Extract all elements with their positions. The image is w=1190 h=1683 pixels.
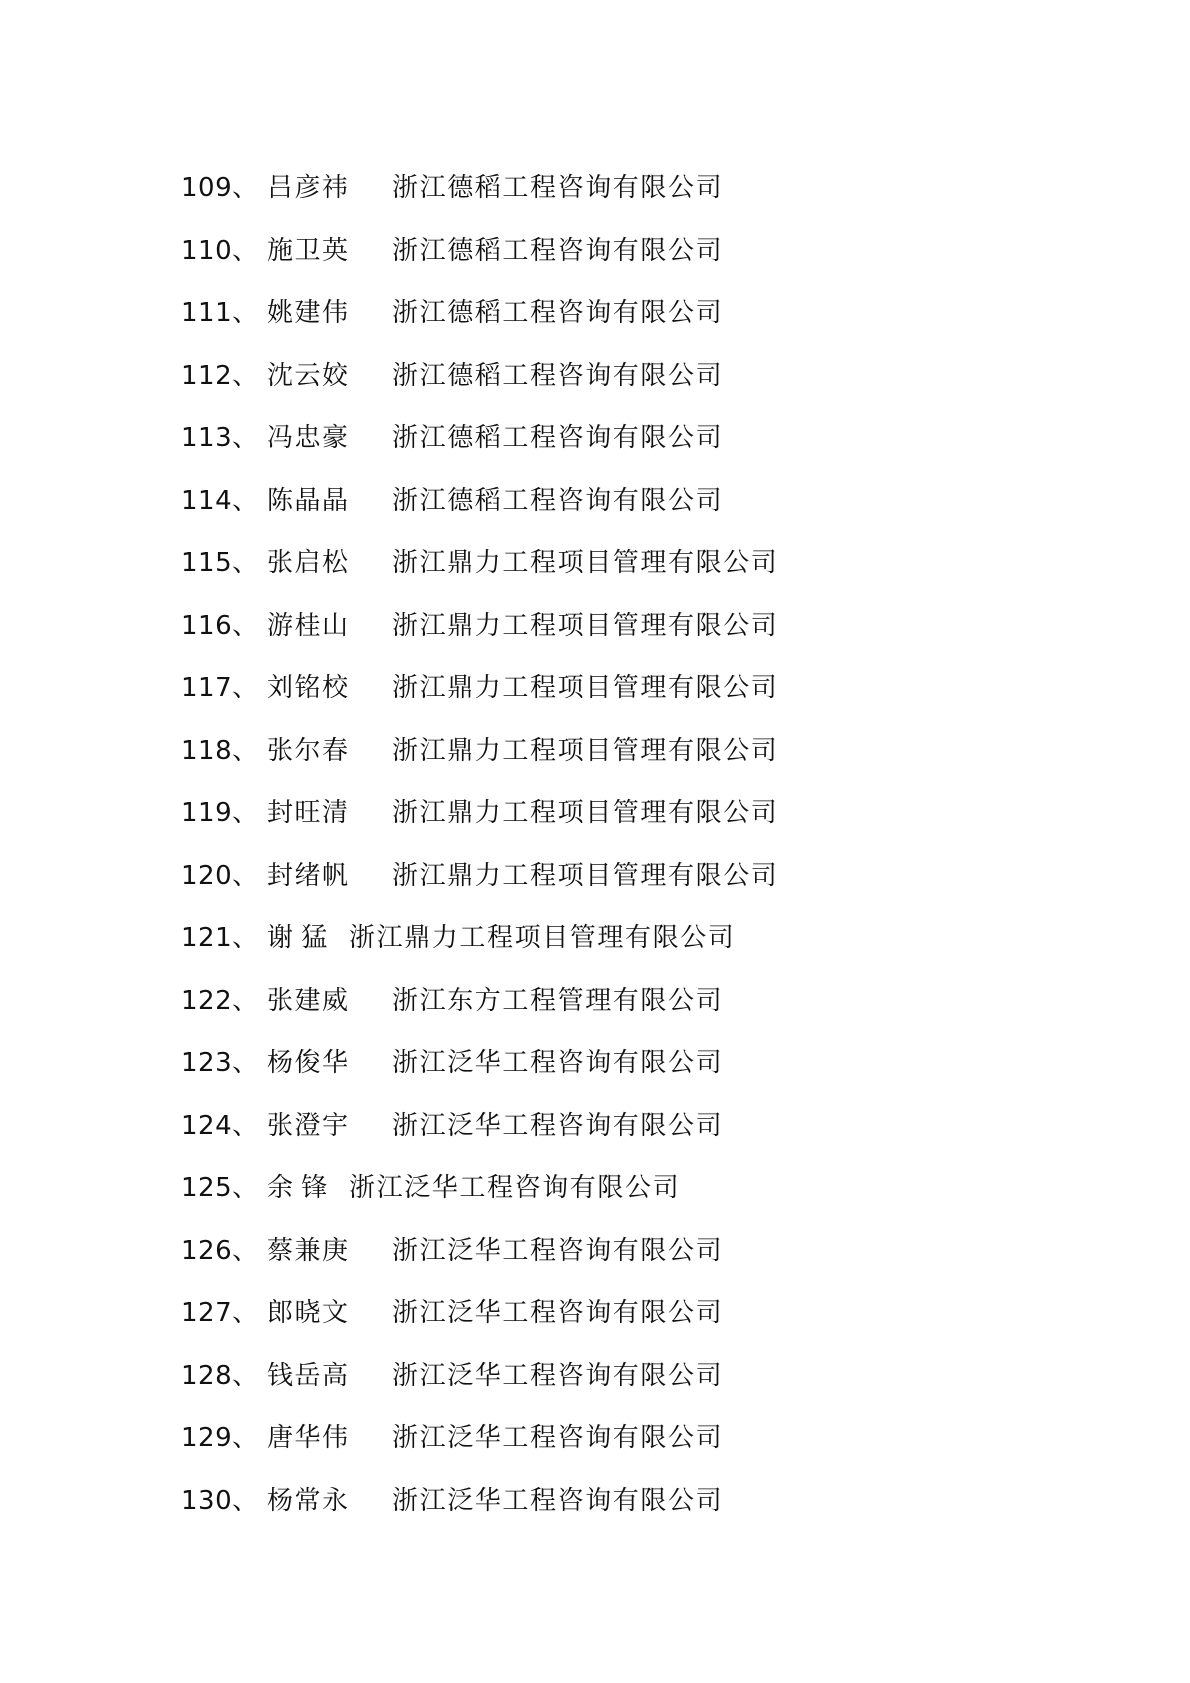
person-name: 封旺清 (267, 782, 350, 845)
list-item: 111、 姚建伟 浙江德稻工程咨询有限公司 (181, 282, 258, 345)
entry-number: 126 (181, 1220, 232, 1283)
entry-number: 123 (181, 1032, 232, 1095)
person-name: 姚建伟 (267, 282, 350, 345)
document-page: 109、 吕彦祎 浙江德稻工程咨询有限公司 110、 施卫英 浙江德稻工程咨询有… (0, 0, 1190, 1683)
list-item: 110、 施卫英 浙江德稻工程咨询有限公司 (181, 220, 258, 283)
person-name: 谢 猛 (267, 907, 327, 970)
entry-number: 127 (181, 1282, 232, 1345)
company-name: 浙江鼎力工程项目管理有限公司 (392, 782, 778, 845)
list-item: 118、 张尔春 浙江鼎力工程项目管理有限公司 (181, 720, 258, 783)
list-item: 113、 冯忠豪 浙江德稻工程咨询有限公司 (181, 407, 258, 470)
person-name: 钱岳高 (267, 1345, 350, 1408)
company-name: 浙江德稻工程咨询有限公司 (392, 470, 723, 533)
company-name: 浙江德稻工程咨询有限公司 (392, 220, 723, 283)
company-name: 浙江泛华工程咨询有限公司 (392, 1470, 723, 1533)
entry-separator: 、 (232, 1470, 258, 1533)
person-name: 施卫英 (267, 220, 350, 283)
entry-separator: 、 (232, 532, 258, 595)
entry-number: 120 (181, 845, 232, 908)
person-name: 张尔春 (267, 720, 350, 783)
entry-number: 112 (181, 345, 232, 408)
company-name: 浙江鼎力工程项目管理有限公司 (392, 532, 778, 595)
entry-separator: 、 (232, 907, 258, 970)
company-name: 浙江泛华工程咨询有限公司 (392, 1282, 723, 1345)
company-name: 浙江德稻工程咨询有限公司 (392, 282, 723, 345)
name-company-list: 109、 吕彦祎 浙江德稻工程咨询有限公司 110、 施卫英 浙江德稻工程咨询有… (181, 157, 258, 1532)
person-name: 张建威 (267, 970, 350, 1033)
entry-number: 109 (181, 157, 232, 220)
entry-separator: 、 (232, 1095, 258, 1158)
entry-separator: 、 (232, 1032, 258, 1095)
entry-number: 117 (181, 657, 232, 720)
company-name: 浙江鼎力工程项目管理有限公司 (392, 657, 778, 720)
person-name: 沈云姣 (267, 345, 350, 408)
entry-number: 122 (181, 970, 232, 1033)
entry-number: 125 (181, 1157, 232, 1220)
person-name: 杨俊华 (267, 1032, 350, 1095)
list-item: 127、 郎晓文 浙江泛华工程咨询有限公司 (181, 1282, 258, 1345)
entry-separator: 、 (232, 782, 258, 845)
person-name: 余 锋 (267, 1157, 327, 1220)
entry-number: 130 (181, 1470, 232, 1533)
entry-separator: 、 (232, 1345, 258, 1408)
entry-separator: 、 (232, 657, 258, 720)
entry-number: 119 (181, 782, 232, 845)
entry-number: 115 (181, 532, 232, 595)
list-item: 117、 刘铭校 浙江鼎力工程项目管理有限公司 (181, 657, 258, 720)
entry-number: 124 (181, 1095, 232, 1158)
entry-separator: 、 (232, 720, 258, 783)
company-name: 浙江东方工程管理有限公司 (392, 970, 723, 1033)
entry-separator: 、 (232, 1220, 258, 1283)
person-name: 张启松 (267, 532, 350, 595)
person-name: 郎晓文 (267, 1282, 350, 1345)
list-item: 109、 吕彦祎 浙江德稻工程咨询有限公司 (181, 157, 258, 220)
entry-separator: 、 (232, 970, 258, 1033)
entry-number: 114 (181, 470, 232, 533)
entry-number: 128 (181, 1345, 232, 1408)
company-name: 浙江泛华工程咨询有限公司 (392, 1095, 723, 1158)
person-name: 蔡兼庚 (267, 1220, 350, 1283)
entry-number: 118 (181, 720, 232, 783)
entry-separator: 、 (232, 845, 258, 908)
company-name: 浙江鼎力工程项目管理有限公司 (392, 720, 778, 783)
entry-number: 129 (181, 1407, 232, 1470)
entry-separator: 、 (232, 345, 258, 408)
list-item: 120、 封绪帆 浙江鼎力工程项目管理有限公司 (181, 845, 258, 908)
company-name: 浙江鼎力工程项目管理有限公司 (349, 907, 735, 970)
company-name: 浙江泛华工程咨询有限公司 (392, 1407, 723, 1470)
person-name: 唐华伟 (267, 1407, 350, 1470)
company-name: 浙江德稻工程咨询有限公司 (392, 407, 723, 470)
list-item: 125、 余 锋 浙江泛华工程咨询有限公司 (181, 1157, 258, 1220)
entry-separator: 、 (232, 1282, 258, 1345)
company-name: 浙江泛华工程咨询有限公司 (392, 1220, 723, 1283)
person-name: 游桂山 (267, 595, 350, 658)
company-name: 浙江泛华工程咨询有限公司 (349, 1157, 680, 1220)
list-item: 124、 张澄宇 浙江泛华工程咨询有限公司 (181, 1095, 258, 1158)
list-item: 114、 陈晶晶 浙江德稻工程咨询有限公司 (181, 470, 258, 533)
list-item: 116、 游桂山 浙江鼎力工程项目管理有限公司 (181, 595, 258, 658)
entry-separator: 、 (232, 1157, 258, 1220)
person-name: 陈晶晶 (267, 470, 350, 533)
entry-number: 121 (181, 907, 232, 970)
person-name: 封绪帆 (267, 845, 350, 908)
list-item: 130、 杨常永 浙江泛华工程咨询有限公司 (181, 1470, 258, 1533)
list-item: 119、 封旺清 浙江鼎力工程项目管理有限公司 (181, 782, 258, 845)
entry-separator: 、 (232, 470, 258, 533)
entry-separator: 、 (232, 407, 258, 470)
entry-separator: 、 (232, 157, 258, 220)
list-item: 115、 张启松 浙江鼎力工程项目管理有限公司 (181, 532, 258, 595)
company-name: 浙江德稻工程咨询有限公司 (392, 345, 723, 408)
entry-number: 116 (181, 595, 232, 658)
person-name: 刘铭校 (267, 657, 350, 720)
entry-number: 111 (181, 282, 232, 345)
list-item: 122、 张建威 浙江东方工程管理有限公司 (181, 970, 258, 1033)
company-name: 浙江鼎力工程项目管理有限公司 (392, 845, 778, 908)
entry-separator: 、 (232, 1407, 258, 1470)
company-name: 浙江泛华工程咨询有限公司 (392, 1032, 723, 1095)
person-name: 杨常永 (267, 1470, 350, 1533)
company-name: 浙江泛华工程咨询有限公司 (392, 1345, 723, 1408)
entry-separator: 、 (232, 595, 258, 658)
list-item: 121、 谢 猛 浙江鼎力工程项目管理有限公司 (181, 907, 258, 970)
company-name: 浙江德稻工程咨询有限公司 (392, 157, 723, 220)
list-item: 128、 钱岳高 浙江泛华工程咨询有限公司 (181, 1345, 258, 1408)
list-item: 126、 蔡兼庚 浙江泛华工程咨询有限公司 (181, 1220, 258, 1283)
company-name: 浙江鼎力工程项目管理有限公司 (392, 595, 778, 658)
list-item: 123、 杨俊华 浙江泛华工程咨询有限公司 (181, 1032, 258, 1095)
entry-separator: 、 (232, 220, 258, 283)
person-name: 吕彦祎 (267, 157, 350, 220)
list-item: 129、 唐华伟 浙江泛华工程咨询有限公司 (181, 1407, 258, 1470)
entry-number: 110 (181, 220, 232, 283)
person-name: 冯忠豪 (267, 407, 350, 470)
person-name: 张澄宇 (267, 1095, 350, 1158)
entry-separator: 、 (232, 282, 258, 345)
entry-number: 113 (181, 407, 232, 470)
list-item: 112、 沈云姣 浙江德稻工程咨询有限公司 (181, 345, 258, 408)
